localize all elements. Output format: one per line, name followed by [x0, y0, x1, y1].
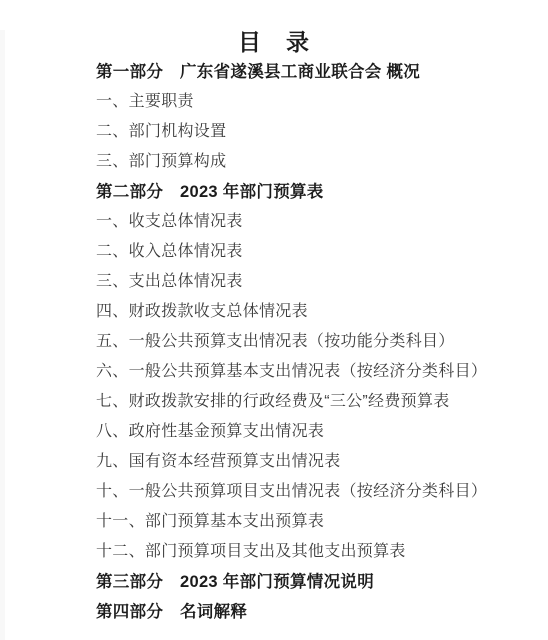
toc-entry: 一、主要职责 [96, 87, 528, 117]
toc-entry: 十一、部门预算基本支出预算表 [96, 507, 528, 537]
page-title: 目 录 [0, 27, 548, 57]
toc-part-heading: 第四部分 名词解释 [96, 597, 528, 627]
toc-entry: 八、政府性基金预算支出情况表 [96, 417, 528, 447]
toc-entry: 三、支出总体情况表 [96, 267, 528, 297]
toc-entry: 十二、部门预算项目支出及其他支出预算表 [96, 537, 528, 567]
document-page: 目 录 第一部分 广东省遂溪县工商业联合会 概况 一、主要职责 二、部门机构设置… [0, 0, 548, 640]
toc-part-heading: 第一部分 广东省遂溪县工商业联合会 概况 [96, 57, 528, 87]
toc-entry: 七、财政拨款安排的行政经费及“三公”经费预算表 [96, 387, 528, 417]
table-of-contents: 第一部分 广东省遂溪县工商业联合会 概况 一、主要职责 二、部门机构设置 三、部… [0, 57, 548, 627]
toc-part-heading: 第二部分 2023 年部门预算表 [96, 177, 528, 207]
toc-entry: 六、一般公共预算基本支出情况表（按经济分类科目） [96, 357, 528, 387]
toc-entry: 三、部门预算构成 [96, 147, 528, 177]
toc-entry: 四、财政拨款收支总体情况表 [96, 297, 528, 327]
toc-entry: 二、收入总体情况表 [96, 237, 528, 267]
toc-entry: 十、一般公共预算项目支出情况表（按经济分类科目） [96, 477, 528, 507]
toc-part-heading: 第三部分 2023 年部门预算情况说明 [96, 567, 528, 597]
toc-entry: 二、部门机构设置 [96, 117, 528, 147]
toc-entry: 一、收支总体情况表 [96, 207, 528, 237]
toc-entry: 九、国有资本经营预算支出情况表 [96, 447, 528, 477]
toc-entry: 五、一般公共预算支出情况表（按功能分类科目） [96, 327, 528, 357]
scan-edge-artifact [0, 30, 5, 640]
